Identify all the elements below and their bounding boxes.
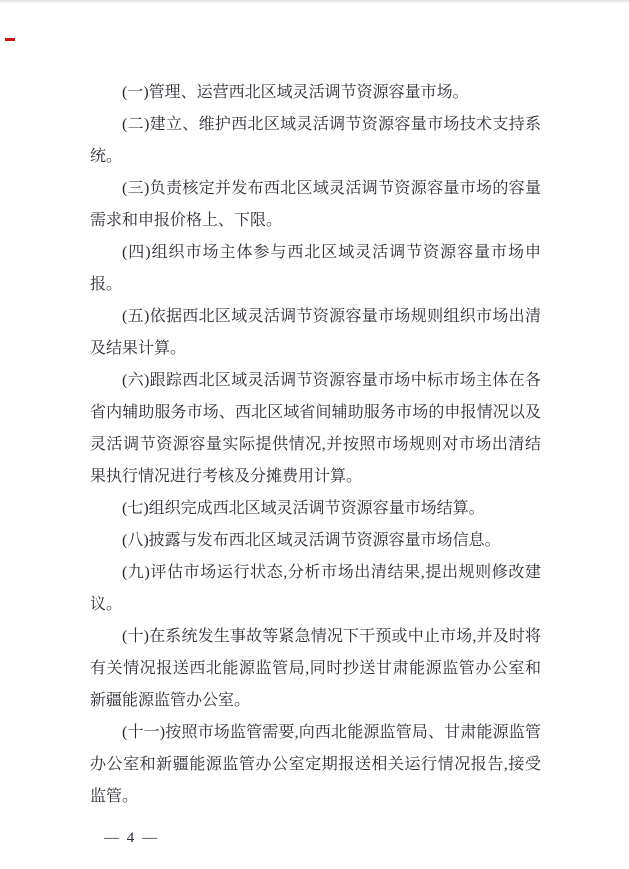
- red-corner-mark: [5, 38, 15, 41]
- page-number: — 4 —: [104, 828, 159, 848]
- clause-item-1: (一)管理、运营西北区域灵活调节资源容量市场。: [90, 77, 541, 109]
- clause-item-9: (九)评估市场运行状态,分析市场出清结果,提出规则修改建议。: [90, 557, 541, 621]
- clause-item-11: (十一)按照市场监管需要,向西北能源监管局、甘肃能源监管办公室和新疆能源监管办公…: [90, 717, 541, 813]
- clause-item-4: (四)组织市场主体参与西北区域灵活调节资源容量市场申报。: [90, 237, 541, 301]
- clause-item-8: (八)披露与发布西北区域灵活调节资源容量市场信息。: [90, 525, 541, 557]
- clause-item-3: (三)负责核定并发布西北区域灵活调节资源容量市场的容量需求和申报价格上、下限。: [90, 173, 541, 237]
- clause-item-6: (六)跟踪西北区域灵活调节资源容量市场中标市场主体在各省内辅助服务市场、西北区域…: [90, 365, 541, 493]
- clause-item-10: (十)在系统发生事故等紧急情况下干预或中止市场,并及时将有关情况报送西北能源监管…: [90, 621, 541, 717]
- clause-item-2: (二)建立、维护西北区域灵活调节资源容量市场技术支持系统。: [90, 109, 541, 173]
- document-page: (一)管理、运营西北区域灵活调节资源容量市场。 (二)建立、维护西北区域灵活调节…: [0, 0, 629, 869]
- clause-item-7: (七)组织完成西北区域灵活调节资源容量市场结算。: [90, 493, 541, 525]
- document-body: (一)管理、运营西北区域灵活调节资源容量市场。 (二)建立、维护西北区域灵活调节…: [90, 77, 541, 813]
- clause-item-5: (五)依据西北区域灵活调节资源容量市场规则组织市场出清及结果计算。: [90, 301, 541, 365]
- scan-top-edge: [0, 0, 629, 4]
